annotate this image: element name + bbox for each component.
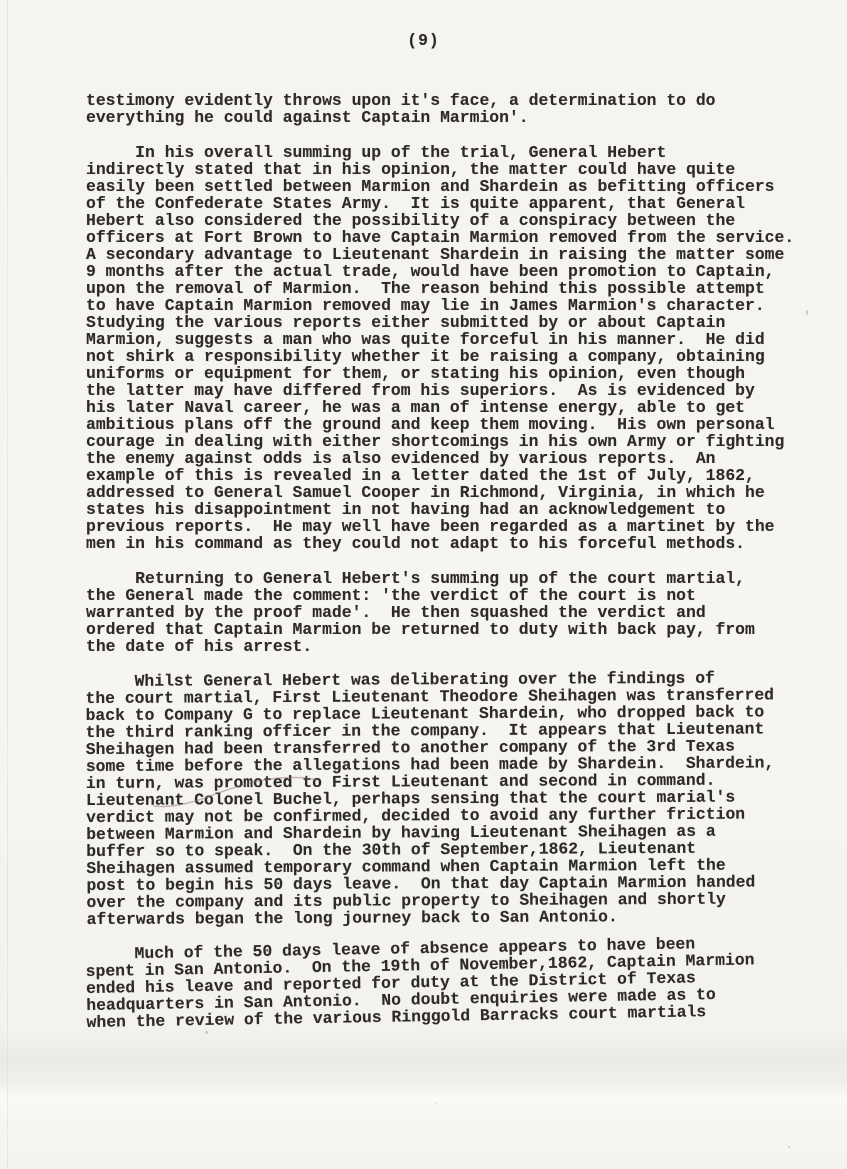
text-line: easily been settled between Marmion and … [86,178,816,195]
scan-speck [806,310,808,315]
text-line: warranted by the proof made'. He then sq… [86,604,816,621]
text-line: indirectly stated that in his opinion, t… [86,161,816,178]
text-line: Studying the various reports either subm… [86,314,816,331]
text-line: his later Naval career, he was a man of … [86,399,816,416]
text-line: addressed to General Samuel Cooper in Ri… [86,484,816,501]
text-line: the General made the comment: 'the verdi… [86,587,816,604]
text-line: Returning to General Hebert's summing up… [86,570,816,587]
text-line: everything he could against Captain Marm… [86,109,816,126]
text-line: 9 months after the actual trade, would h… [86,263,816,280]
paragraph-1: testimony evidently throws upon it's fac… [86,92,816,126]
page-number: (9) [0,31,847,50]
text-line: ordered that Captain Marmion be returned… [86,621,816,638]
paragraph-2: In his overall summing up of the trial, … [86,144,816,552]
text-line: to have Captain Marmion removed may lie … [86,297,816,314]
text-line: previous reports. He may well have been … [86,518,816,535]
text-line: afterwards began the long journey back t… [87,907,817,928]
text-line: not shirk a responsibility whether it be… [86,348,816,365]
text-line: officers at Fort Brown to have Captain M… [86,229,816,246]
scan-speck [788,1146,790,1148]
text-line: In his overall summing up of the trial, … [86,144,816,161]
text-line: example of this is revealed in a letter … [86,467,816,484]
text-line: upon the removal of Marmion. The reason … [86,280,816,297]
text-line: Hebert also considered the possibility o… [86,212,816,229]
text-line: of the Confederate States Army. It is qu… [86,195,816,212]
text-line: courage in dealing with either shortcomi… [86,433,816,450]
text-line: uniforms or equipment for them, or stati… [86,365,816,382]
text-line: the enemy against odds is also evidenced… [86,450,816,467]
text-line: ambitious plans off the ground and keep … [86,416,816,433]
scanned-document-page: (9) testimony evidently throws upon it's… [0,0,847,1169]
paragraph-5: Much of the 50 days leave of absence app… [85,933,816,1031]
text-line: the date of his arrest. [86,638,816,655]
paragraph-3: Returning to General Hebert's summing up… [86,570,816,655]
text-line: states his disappointment in not having … [86,501,816,518]
paragraph-4: Whilst General Hebert was deliberating o… [85,669,816,928]
text-line: A secondary advantage to Lieutenant Shar… [86,246,816,263]
document-body: testimony evidently throws upon it's fac… [86,92,816,1049]
scan-speck [435,1102,437,1104]
scan-edge-line [7,0,8,1169]
text-line: men in his command as they could not ada… [86,535,816,552]
text-line: the latter may have differed from his su… [86,382,816,399]
text-line: testimony evidently throws upon it's fac… [86,92,816,109]
text-line: Marmion, suggests a man who was quite fo… [86,331,816,348]
scan-speck [205,1031,208,1034]
